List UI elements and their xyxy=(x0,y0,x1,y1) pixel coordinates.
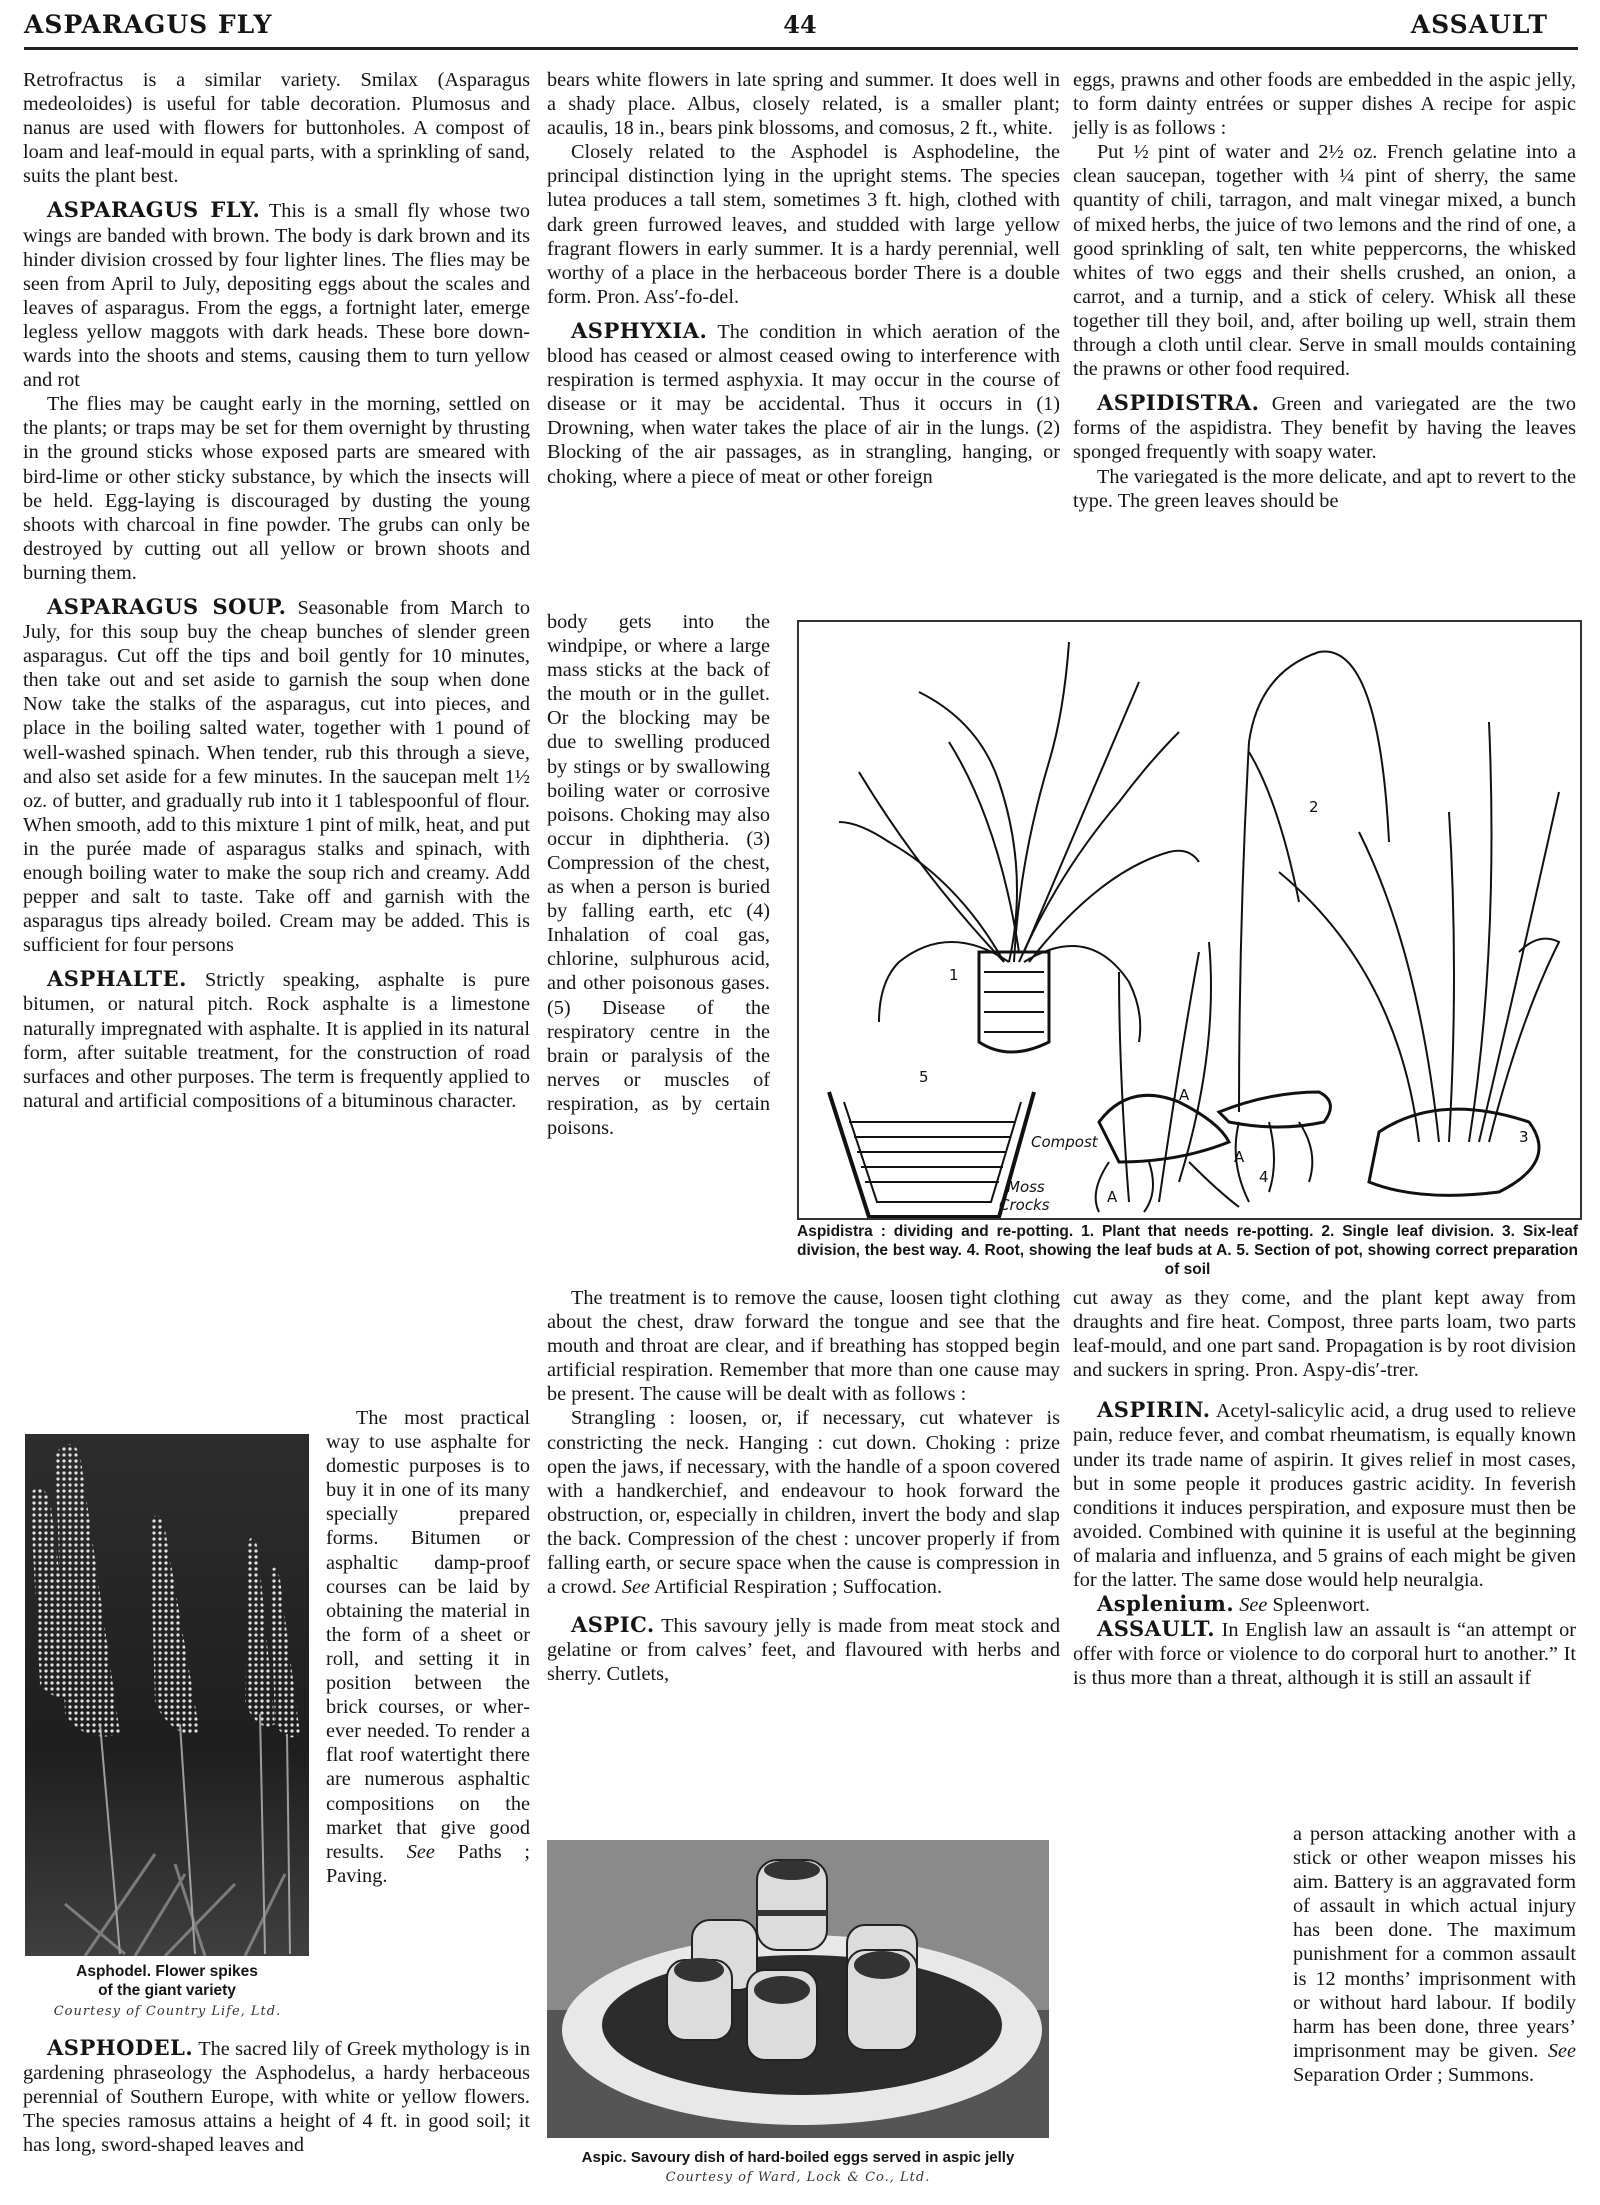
label-moss: Moss xyxy=(1007,1178,1045,1196)
headword: ASPIC. xyxy=(571,1612,655,1637)
aspidistra-caption: Aspidistra : dividing and re-potting. 1.… xyxy=(797,1222,1578,1279)
entry-assault: ASSAULT. In English law an assault is “a… xyxy=(1073,1617,1576,1690)
headword: ASPHYXIA. xyxy=(571,318,707,343)
paragraph: Put ½ pint of water and 2½ oz. French ge… xyxy=(1073,140,1576,381)
headword: ASPHODEL. xyxy=(47,2035,193,2060)
column-1: Retrofractus is a similar variety. Smila… xyxy=(23,68,530,1113)
label-1: 1 xyxy=(949,966,959,984)
paragraph: The treatment is to remove the cause, lo… xyxy=(547,1286,1060,1406)
headword: ASPHALTE. xyxy=(47,966,187,991)
cross-reference-link[interactable]: Separ­ation Order ; Summons. xyxy=(1293,2064,1534,2086)
label-2: 2 xyxy=(1309,798,1319,816)
entry-asplenium: Asplenium. See Spleenwort. xyxy=(1073,1592,1576,1617)
paragraph: Closely related to the Asphodel is Aspho… xyxy=(547,140,1060,309)
aspidistra-figure: 1 2 3 4 5 A A A Compost Moss Crocks xyxy=(797,620,1582,1220)
column-2: bears white flowers in late spring and s… xyxy=(547,68,1060,489)
column-3: eggs, prawns and other foods are embedde… xyxy=(1073,68,1576,513)
paragraph: eggs, prawns and other foods are embedde… xyxy=(1073,68,1576,140)
label-a: A xyxy=(1234,1148,1245,1166)
see-label: See xyxy=(1548,2040,1576,2062)
entry-aspic: ASPIC. This savoury jelly is made from m… xyxy=(547,1613,1060,1686)
aspic-dish-image xyxy=(547,1840,1049,2138)
asphodel-photo xyxy=(25,1434,309,1956)
entry-text: Acetyl-salicylic acid, a drug used to re… xyxy=(1073,1400,1576,1591)
column-3-lower: cut away as they come, and the plant kep… xyxy=(1073,1286,1576,1691)
entry-asphalte: ASPHALTE. Strictly speaking, asphalte is… xyxy=(23,967,530,1113)
paragraph: cut away as they come, and the plant kep… xyxy=(1073,1286,1576,1382)
entry-text: This is a small fly whose two wings are … xyxy=(23,200,530,391)
paragraph: The most prac­tical way to use asphalte … xyxy=(326,1406,530,1888)
left-guide-word: ASPARAGUS FLY xyxy=(24,10,273,39)
asphodel-caption: Asphodel. Flower spikes of the giant var… xyxy=(25,1962,309,2000)
aspic-caption: Aspic. Savoury dish of hard-boiled eggs … xyxy=(547,2148,1049,2167)
paragraph: bears white flowers in late spring and s… xyxy=(547,68,1060,140)
entry-aspirin: ASPIRIN. Acetyl-salicylic acid, a drug u… xyxy=(1073,1398,1576,1592)
cross-reference-link[interactable]: Artificial Respiration ; Suffocation. xyxy=(654,1576,942,1598)
asphalte-continued: The most prac­tical way to use asphalte … xyxy=(326,1406,530,1888)
aspic-credit: Courtesy of Ward, Lock & Co., Ltd. xyxy=(547,2170,1049,2185)
headword: ASPIRIN. xyxy=(1097,1397,1211,1422)
entry-text: body gets into the windpipe, or where a … xyxy=(547,610,770,1140)
entry-text: The most prac­tical way to use asphalte … xyxy=(326,1407,530,1863)
label-compost: Compost xyxy=(1031,1133,1099,1151)
entry-asphodel: ASPHODEL. The sacred lily of Greek mytho… xyxy=(23,2036,530,2157)
aspic-photo xyxy=(547,1840,1049,2138)
entry-asphyxia: ASPHYXIA. The condition in which aeratio… xyxy=(547,319,1060,489)
plant-4-root-icon xyxy=(1096,942,1239,1212)
entry-text: The condition in which aeration of the b… xyxy=(547,321,1060,488)
header-rule xyxy=(24,47,1578,50)
label-3: 3 xyxy=(1519,1128,1529,1146)
label-a: A xyxy=(1179,1086,1190,1104)
entry-text: Strangling : loosen, or, if necessary, c… xyxy=(547,1407,1060,1598)
plant-3-icon xyxy=(1279,722,1559,1195)
caption-line: Asphodel. Flower spikes xyxy=(25,1962,309,1981)
encyclopedia-page: ASPARAGUS FLY 44 ASSAULT Retrofractus is… xyxy=(0,0,1600,2205)
aspidistra-illustration: 1 2 3 4 5 A A A Compost Moss Crocks xyxy=(799,622,1580,1218)
headword: ASPARAGUS SOUP. xyxy=(47,594,286,619)
see-label: See xyxy=(1239,1594,1267,1616)
entry-asparagus-fly: ASPARAGUS FLY. This is a small fly whose… xyxy=(23,198,530,392)
page-number: 44 xyxy=(783,10,816,39)
label-a: A xyxy=(1107,1188,1118,1206)
cross-reference-link[interactable]: Spleenwort. xyxy=(1273,1594,1370,1616)
see-label: See xyxy=(407,1841,435,1863)
entry-asparagus-soup: ASPARAGUS SOUP. Seasonable from March to… xyxy=(23,595,530,957)
asphodel-credit: Courtesy of Country Life, Ltd. xyxy=(20,2004,315,2019)
headword: Asplenium. xyxy=(1097,1591,1234,1616)
headword: ASSAULT. xyxy=(1097,1616,1215,1641)
entry-text: Seasonable from March to July, for this … xyxy=(23,597,530,956)
entry-text: a person attacking an­other with a stick… xyxy=(1293,1823,1576,2062)
paragraph: Retrofractus is a similar variety. Smila… xyxy=(23,68,530,188)
label-crocks: Crocks xyxy=(999,1196,1050,1214)
entry-aspidistra: ASPIDISTRA. Green and variegated are the… xyxy=(1073,391,1576,464)
headword: ASPARAGUS FLY. xyxy=(47,197,260,222)
asphyxia-continued: body gets into the windpipe, or where a … xyxy=(547,610,770,1140)
right-guide-word: ASSAULT xyxy=(1411,10,1548,39)
headword: ASPIDISTRA. xyxy=(1097,390,1259,415)
running-header: ASPARAGUS FLY 44 ASSAULT xyxy=(22,8,1578,48)
label-5: 5 xyxy=(919,1068,929,1086)
plant-2-icon xyxy=(1219,652,1389,1202)
paragraph: Strangling : loosen, or, if necessary, c… xyxy=(547,1406,1060,1599)
flower-spikes-image xyxy=(25,1434,309,1956)
assault-continued: a person attacking an­other with a stick… xyxy=(1293,1822,1576,2087)
see-label: See xyxy=(622,1576,650,1598)
label-4: 4 xyxy=(1259,1168,1269,1186)
plant-1-icon xyxy=(839,642,1199,1052)
paragraph: a person attacking an­other with a stick… xyxy=(1293,1822,1576,2087)
asphyxia-treatment: The treatment is to remove the cause, lo… xyxy=(547,1286,1060,1687)
caption-line: of the giant variety xyxy=(25,1981,309,2000)
paragraph: The flies may be caught early in the mor… xyxy=(23,392,530,585)
paragraph: The variegated is the more delicate, and… xyxy=(1073,465,1576,513)
